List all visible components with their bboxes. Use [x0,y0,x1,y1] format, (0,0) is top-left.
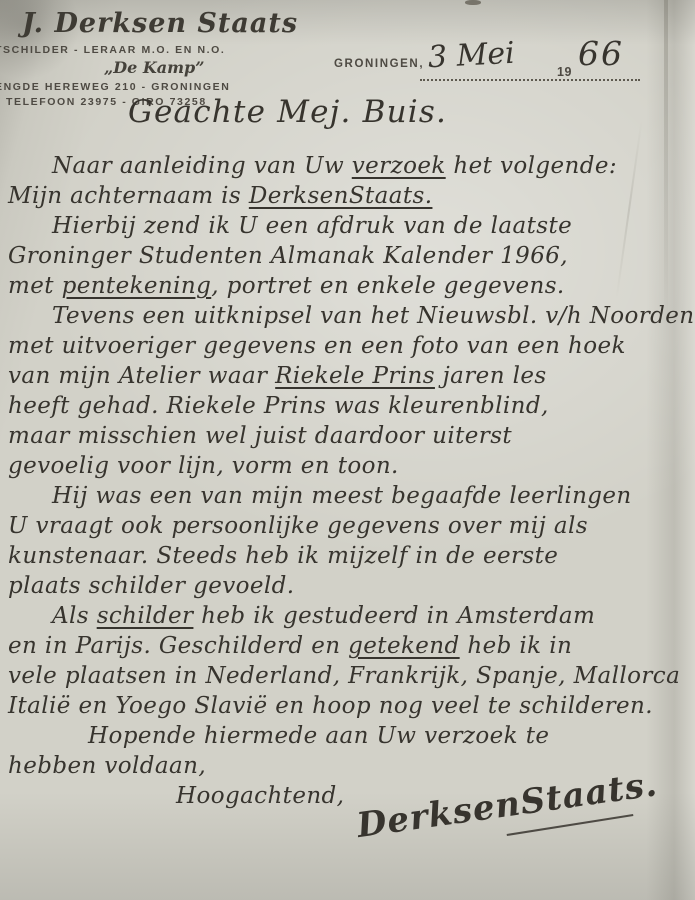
handwritten-line: plaats schilder gevoeld. [8,571,695,601]
text-segment: Mijn achternaam is [8,183,249,209]
handwritten-line: U vraagt ook persoonlijke gegevens over … [8,511,695,541]
handwritten-line: van mijn Atelier waar Riekele Prins jare… [8,361,695,391]
text-segment: maar misschien wel juist daardoor uiters… [8,423,512,449]
text-segment: Hopende hiermede aan Uw verzoek te [88,723,549,749]
text-segment: gevoelig voor lijn, vorm en toon. [8,453,399,479]
handwritten-line: en in Parijs. Geschilderd en getekend he… [8,631,695,661]
handwritten-line: met pentekening, portret en enkele gegev… [8,271,695,301]
text-segment: Als [52,603,97,629]
text-segment: jaren les [435,363,547,389]
text-segment: Naar aanleiding van Uw [52,153,352,179]
handwritten-line: Hij was een van mijn meest begaafde leer… [52,481,695,511]
letterhead: J. Derksen Staats TSCHILDER - LERAAR M.O… [0,8,298,108]
underlined-text-segment: Riekele Prins [275,363,435,389]
text-segment: Tevens een uitknipsel van het Nieuwsbl. … [52,303,695,329]
handwritten-line: Naar aanleiding van Uw verzoek het volge… [52,151,695,181]
underlined-text-segment: DerksenStaats. [249,183,433,209]
text-segment: heb ik gestudeerd in Amsterdam [193,603,595,629]
handwritten-line: vele plaatsen in Nederland, Frankrijk, S… [8,661,695,691]
paper-speck [465,0,481,5]
text-segment: vele plaatsen in Nederland, Frankrijk, S… [8,663,680,689]
dateline-day-month: 3 Mei [427,36,515,75]
text-segment: heeft gehad. Riekele Prins was kleurenbl… [8,393,549,419]
letterhead-address: ENGDE HEREWEG 210 - GRONINGEN [0,81,298,93]
text-segment: Hierbij zend ik U een afdruk van de laat… [52,213,572,239]
letter-body: Naar aanleiding van Uw verzoek het volge… [0,151,695,811]
letter-photo: J. Derksen Staats TSCHILDER - LERAAR M.O… [0,0,695,900]
handwritten-line: Hopende hiermede aan Uw verzoek te [88,721,695,751]
text-segment: het volgende: [446,153,617,179]
text-segment: kunstenaar. Steeds heb ik mijzelf in de … [8,543,558,569]
handwritten-line: Tevens een uitknipsel van het Nieuwsbl. … [52,301,695,331]
dateline-year-suffix: 66 [578,34,624,73]
handwritten-line: Groninger Studenten Almanak Kalender 196… [8,241,695,271]
text-segment: U vraagt ook persoonlijke gegevens over … [8,513,588,539]
handwritten-line: Hierbij zend ik U een afdruk van de laat… [52,211,695,241]
text-segment: met [8,273,62,299]
handwritten-line: gevoelig voor lijn, vorm en toon. [8,451,695,481]
text-segment: , portret en enkele gegevens. [211,273,564,299]
underlined-text-segment: getekend [348,633,459,659]
handwritten-line: met uitvoeriger gegevens en een foto van… [8,331,695,361]
letterhead-profession: TSCHILDER - LERAAR M.O. EN N.O. [0,44,298,56]
text-segment: met uitvoeriger gegevens en een foto van… [8,333,626,359]
underlined-text-segment: verzoek [352,153,446,179]
text-segment: heb ik in [460,633,573,659]
letterhead-name: J. Derksen Staats [22,8,298,39]
handwritten-line: Als schilder heb ik gestudeerd in Amster… [52,601,695,631]
text-segment: Hoogachtend, [176,783,344,809]
text-segment: Groninger Studenten Almanak Kalender 196… [8,243,568,269]
handwritten-line: Italië en Yoego Slavië en hoop nog veel … [8,691,695,721]
text-segment: hebben voldaan, [8,753,206,779]
handwritten-line: kunstenaar. Steeds heb ik mijzelf in de … [8,541,695,571]
dateline-century-prefix: 19 [557,65,572,79]
text-segment: Italië en Yoego Slavië en hoop nog veel … [8,693,653,719]
text-segment: Hij was een van mijn meest begaafde leer… [52,483,632,509]
text-segment: en in Parijs. Geschilderd en [8,633,348,659]
handwritten-line: heeft gehad. Riekele Prins was kleurenbl… [8,391,695,421]
letterhead-house-name: „De Kamp” [104,58,298,77]
text-segment: van mijn Atelier waar [8,363,275,389]
salutation: Geachte Mej. Buis. [128,94,447,130]
underlined-text-segment: schilder [97,603,194,629]
dateline-place-label: GRONINGEN, [334,58,424,70]
handwritten-line: maar misschien wel juist daardoor uiters… [8,421,695,451]
underlined-text-segment: pentekening [62,273,212,299]
text-segment: plaats schilder gevoeld. [8,573,295,599]
handwritten-line: Mijn achternaam is DerksenStaats. [8,181,695,211]
